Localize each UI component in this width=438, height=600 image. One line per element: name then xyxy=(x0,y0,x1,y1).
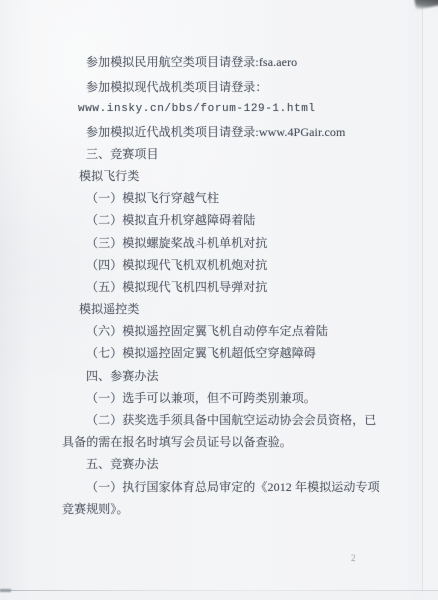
text-line: 参加模拟近代战机类项目请登录:www.4PGair.com xyxy=(62,121,420,143)
text-line: 四、参赛办法 xyxy=(62,365,420,387)
text-line: 模拟遥控类 xyxy=(62,298,420,320)
scanned-document-page: 参加模拟民用航空类项目请登录:fsa.aero参加模拟现代战机类项目请登录：ww… xyxy=(0,0,438,600)
text-line: 模拟飞行类 xyxy=(62,165,420,187)
text-line: （一）执行国家体育总局审定的《2012 年模拟运动专项 xyxy=(62,476,420,498)
text-line: （一）模拟飞行穿越气柱 xyxy=(62,187,420,209)
text-line: 五、竞赛办法 xyxy=(62,453,420,475)
page-number: 2 xyxy=(351,553,356,563)
scan-corner-mark-bottom-left xyxy=(0,589,11,592)
text-line: （一）选手可以兼项，但不可跨类别兼项。 xyxy=(62,387,420,409)
text-line: 具备的需在报名时填写会员证号以备查验。 xyxy=(62,431,420,453)
text-line: 参加模拟民用航空类项目请登录:fsa.aero xyxy=(62,51,420,73)
text-line: 三、竞赛项目 xyxy=(62,143,420,165)
text-line: （三）模拟螺旋桨战斗机单机对抗 xyxy=(62,232,420,254)
text-line: 竞赛规则》。 xyxy=(62,498,420,520)
text-line: （二）模拟直升机穿越障碍着陆 xyxy=(62,209,420,231)
scan-margin-below-crease xyxy=(0,591,438,600)
text-line: （四）模拟现代飞机双机机炮对抗 xyxy=(62,254,420,276)
text-line: （七）模拟遥控固定翼飞机超低空穿越障碍 xyxy=(62,342,420,364)
text-line: （六）模拟遥控固定翼飞机自动停车定点着陆 xyxy=(62,320,420,342)
document-text: 参加模拟民用航空类项目请登录:fsa.aero参加模拟现代战机类项目请登录：ww… xyxy=(62,51,420,520)
text-line: www.insky.cn/bbs/forum-129-1.html xyxy=(62,98,420,120)
text-line: 参加模拟现代战机类项目请登录： xyxy=(62,76,420,98)
text-line: （二）获奖选手须具备中国航空运动协会会员资格，已 xyxy=(62,409,420,431)
text-line: （五）模拟现代飞机四机导弹对抗 xyxy=(62,276,420,298)
scan-page-edge-right xyxy=(422,0,438,600)
